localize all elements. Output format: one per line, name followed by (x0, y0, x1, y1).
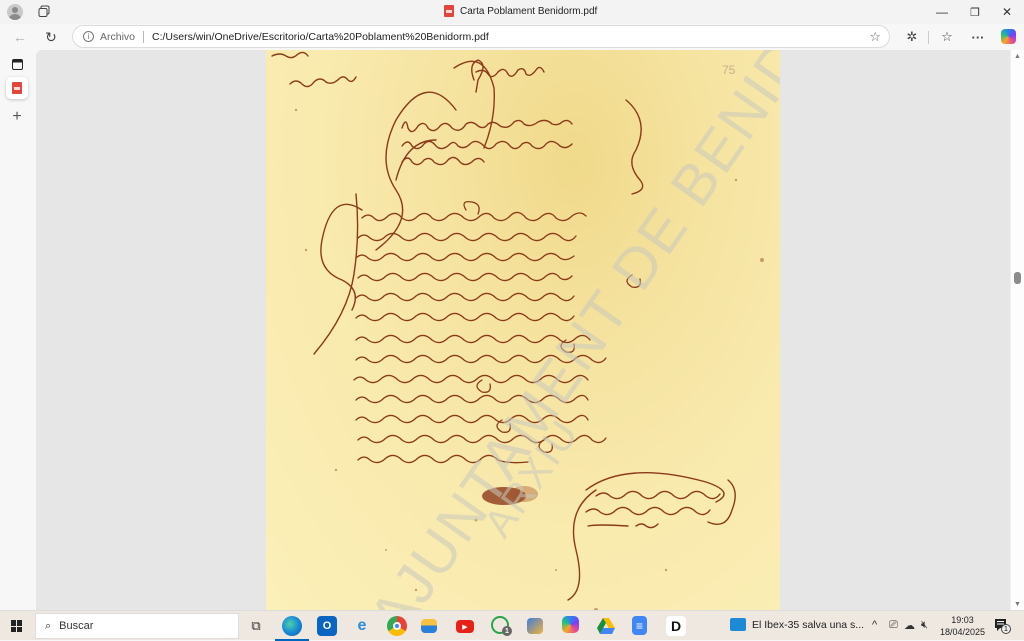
close-button[interactable]: ✕ (992, 2, 1022, 22)
clock[interactable]: 19:03 18/04/2025 (940, 614, 985, 638)
back-icon[interactable]: ← (11, 28, 29, 46)
address-bar[interactable]: i Archivo C:/Users/win/OneDrive/Escritor… (72, 25, 890, 48)
window-title-text: Carta Poblament Benidorm.pdf (460, 6, 597, 17)
outlook-icon[interactable]: O (317, 616, 337, 636)
scroll-up-icon[interactable]: ▲ (1014, 53, 1021, 60)
news-headline: El Ibex-35 salva una s... (752, 619, 864, 631)
search-icon: ⌕ (45, 620, 51, 633)
refresh-icon[interactable]: ↻ (42, 28, 60, 46)
taskbar-search[interactable]: ⌕ Buscar (35, 613, 239, 639)
scroll-down-icon[interactable]: ▼ (1014, 601, 1021, 608)
notifications-icon[interactable]: 1 (994, 618, 1008, 632)
favorite-star-icon[interactable]: ☆ (869, 29, 881, 45)
vertical-scrollbar[interactable]: ▲ ▼ (1010, 50, 1024, 610)
start-windows-icon[interactable] (11, 620, 23, 632)
minimize-button[interactable]: — (927, 2, 957, 22)
search-placeholder: Buscar (59, 620, 93, 632)
workspaces-icon[interactable] (38, 5, 51, 18)
news-icon (730, 618, 746, 631)
meet-now-icon[interactable]: ⎚ (889, 619, 898, 632)
info-icon[interactable]: i (83, 31, 94, 42)
whatsapp-badge: 1 (502, 626, 512, 636)
window-title: Carta Poblament Benidorm.pdf (444, 5, 597, 17)
task-view-icon[interactable]: ⧉ (246, 616, 266, 636)
scroll-thumb[interactable] (1014, 272, 1021, 284)
pdf-page: 75 AJUNTAMENT DE BENIDORM ARXIU (266, 50, 780, 610)
onedrive-icon[interactable]: ☁ (904, 619, 915, 632)
pdf-icon (12, 82, 22, 94)
new-tab-button[interactable]: + (6, 106, 28, 128)
app-d-icon[interactable]: D (666, 616, 686, 636)
tab-pdf[interactable] (6, 77, 28, 99)
file-explorer-icon[interactable] (421, 619, 437, 633)
divider (143, 31, 144, 43)
vertical-tabs: + (0, 50, 34, 610)
profile-avatar-icon[interactable] (7, 4, 23, 20)
taskbar: ⌕ Buscar ⧉ O e ▶ 1 ≡ D El Ibex-35 salva … (0, 610, 1024, 640)
news-widget[interactable]: El Ibex-35 salva una s... (730, 618, 864, 631)
pdf-file-icon (444, 5, 454, 17)
maximize-button[interactable]: ❐ (960, 2, 990, 22)
edge-icon[interactable] (282, 616, 302, 636)
extensions-icon[interactable]: ✲ (903, 28, 921, 46)
more-icon[interactable]: ··· (969, 28, 987, 46)
address-row: ← ↻ i Archivo C:/Users/win/OneDrive/Escr… (0, 24, 1024, 50)
copilot-icon[interactable] (1001, 29, 1016, 44)
notification-badge: 1 (1001, 624, 1011, 634)
google-drive-icon[interactable] (596, 616, 616, 636)
favorites-icon[interactable]: ☆ (938, 28, 956, 46)
whatsapp-icon[interactable]: 1 (491, 616, 509, 634)
tray-chevron-icon[interactable]: ^ (872, 619, 877, 631)
volume-muted-icon[interactable]: 🔇︎ (921, 619, 928, 632)
clock-time: 19:03 (940, 614, 985, 626)
copilot-taskbar-icon[interactable] (562, 616, 579, 633)
app-blue-icon[interactable] (527, 618, 543, 634)
clock-date: 18/04/2025 (940, 626, 985, 638)
scheme-label: Archivo (100, 31, 135, 43)
toolbar-divider (928, 31, 929, 44)
url-text[interactable]: C:/Users/win/OneDrive/Escritorio/Carta%2… (152, 31, 489, 43)
google-docs-icon[interactable]: ≡ (632, 616, 647, 635)
pdf-viewer[interactable]: 75 AJUNTAMENT DE BENIDORM ARXIU (36, 50, 1010, 610)
chrome-icon[interactable] (387, 616, 407, 636)
tab-panel-icon[interactable] (6, 53, 28, 75)
youtube-icon[interactable]: ▶ (456, 620, 474, 633)
internet-explorer-icon[interactable]: e (352, 616, 372, 636)
title-bar: Carta Poblament Benidorm.pdf — ❐ ✕ (0, 0, 1024, 24)
